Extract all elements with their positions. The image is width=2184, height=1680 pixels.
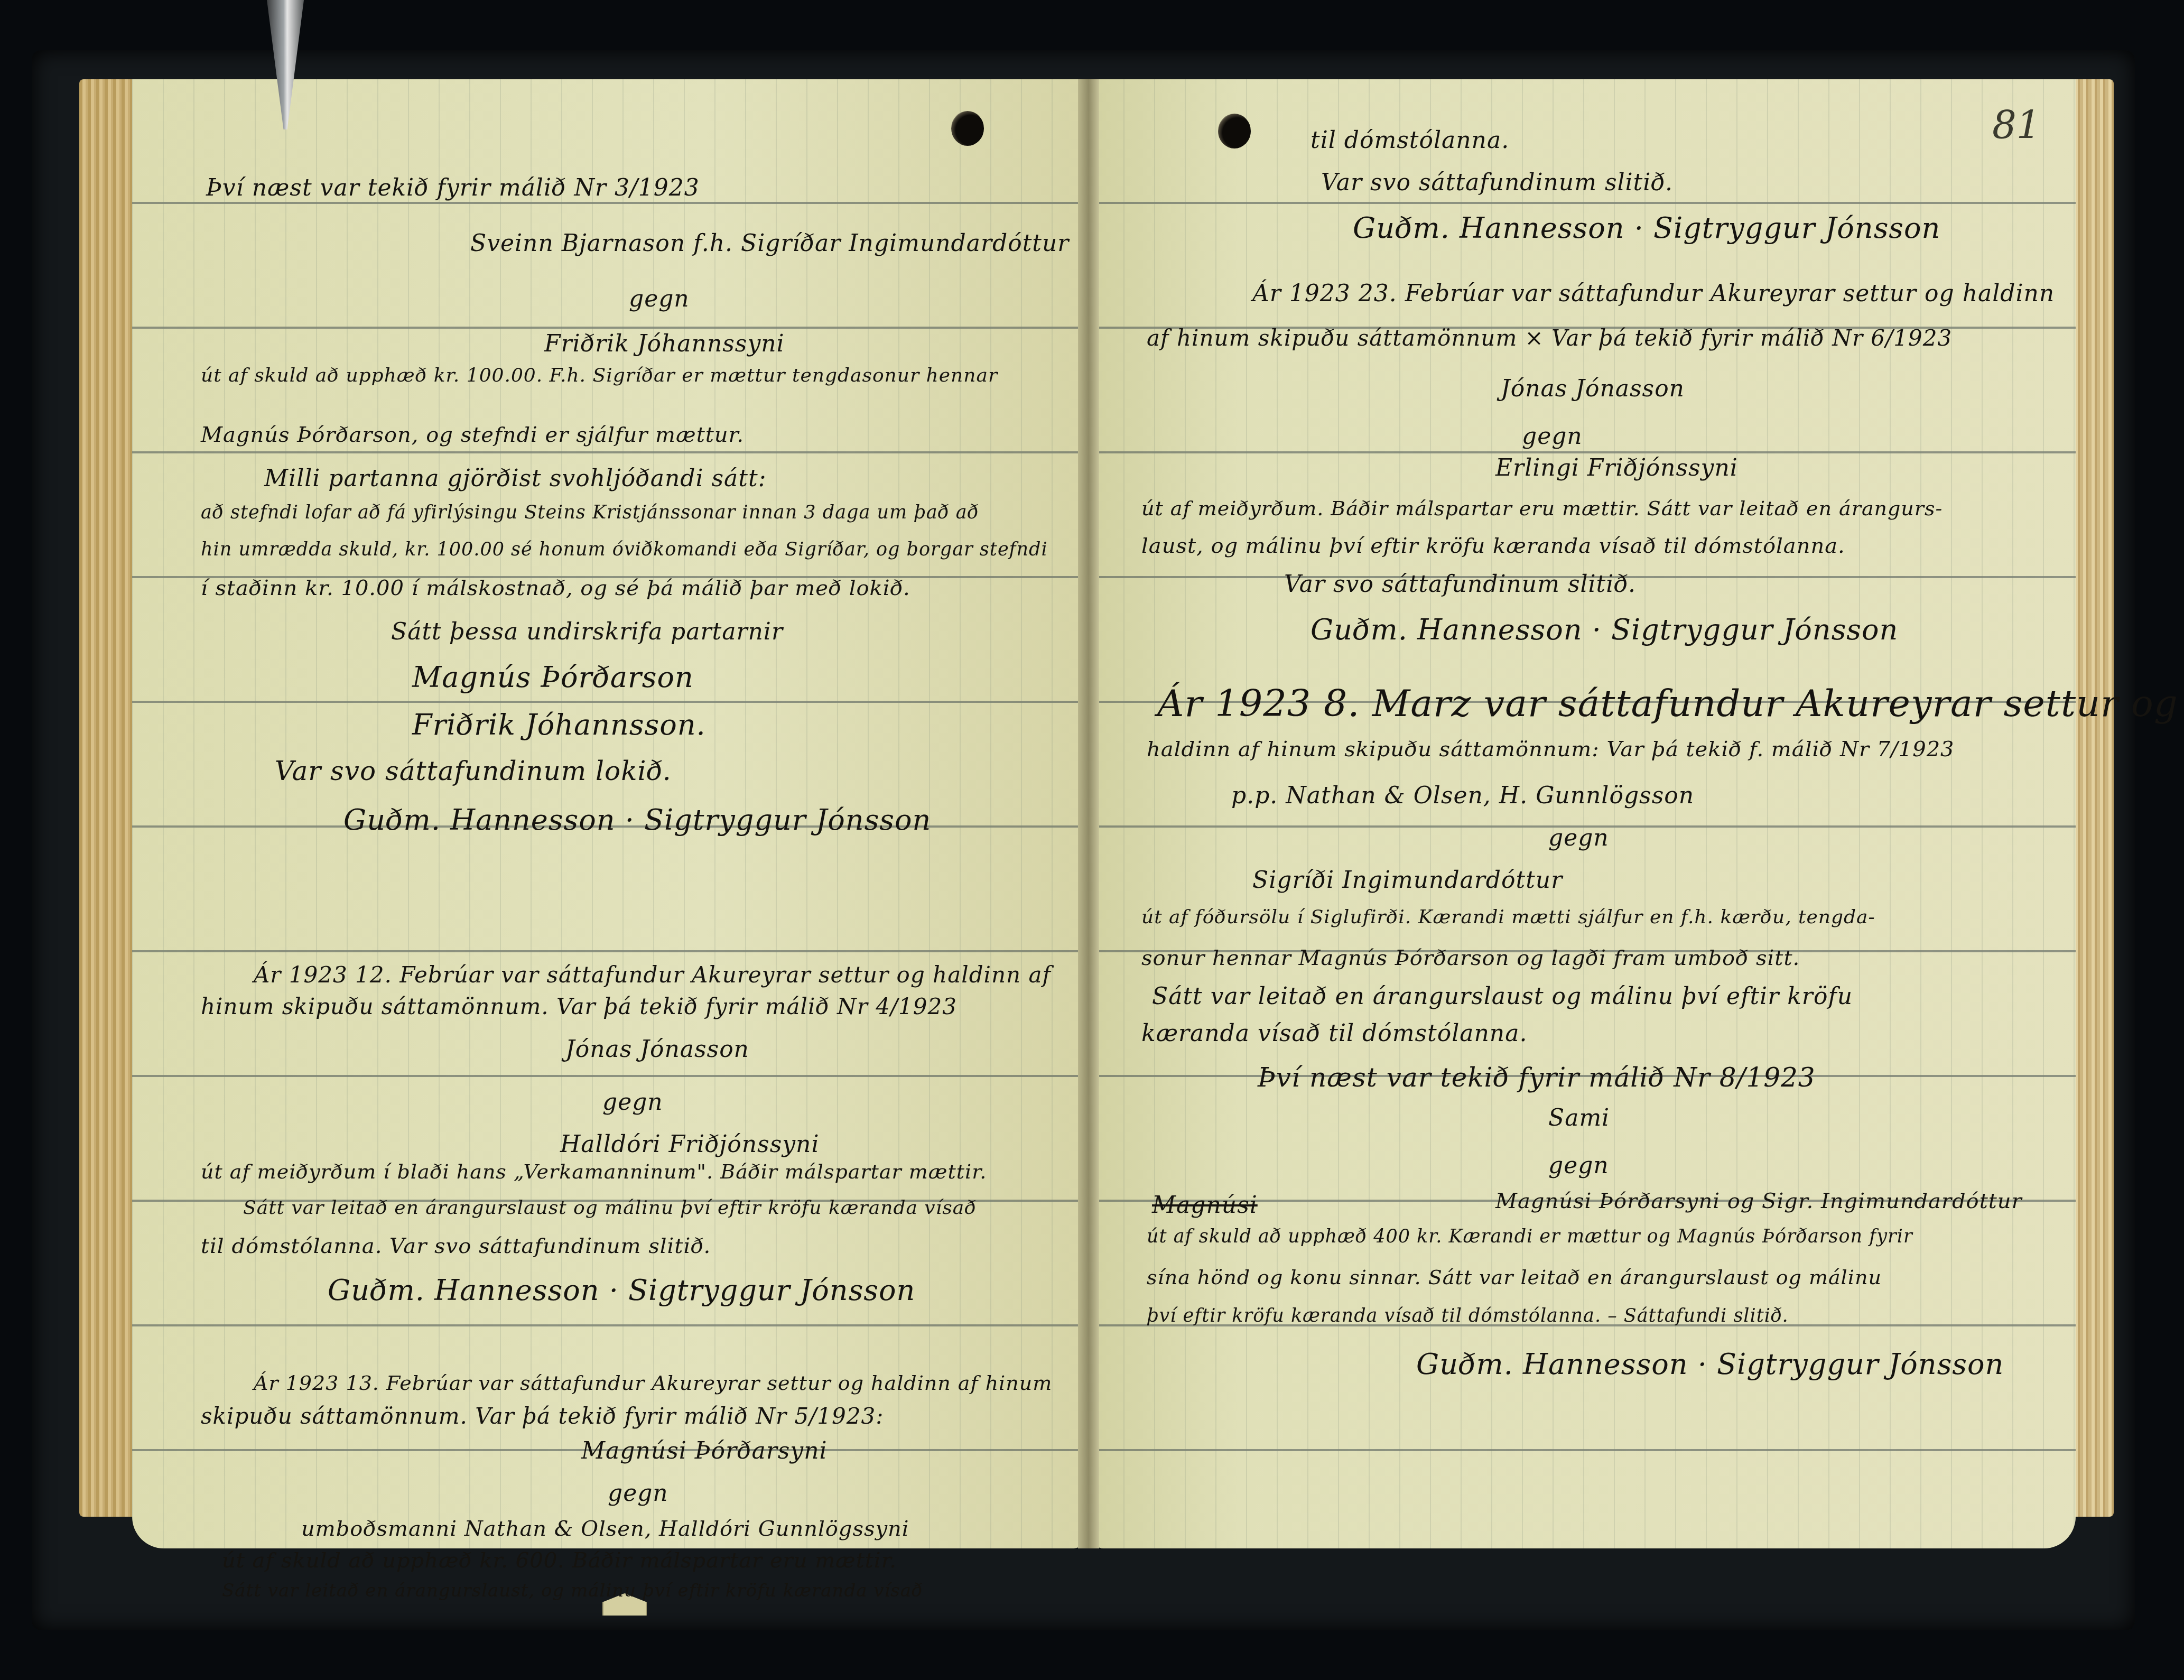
record-line: því eftir kröfu kæranda vísað til dómstó… bbox=[1147, 1305, 1789, 1326]
punch-hole-icon bbox=[1218, 114, 1251, 148]
judge-signatures: Guðm. Hannesson · Sigtryggur Jónsson bbox=[1311, 613, 1898, 646]
record-line: í staðinn kr. 10.00 í málskostnað, og sé… bbox=[201, 576, 910, 600]
party-name: Jónas Jónasson bbox=[1501, 375, 1685, 402]
record-line: að stefndi lofar að fá yfirlýsingu Stein… bbox=[201, 502, 979, 523]
record-heading: Ár 1923 12. Febrúar var sáttafundur Akur… bbox=[254, 962, 1051, 988]
party-name: Sami bbox=[1548, 1104, 1610, 1131]
judge-signatures: Guðm. Hannesson · Sigtryggur Jónsson bbox=[328, 1274, 915, 1307]
record-line: Því næst var tekið fyrir málið Nr 3/1923 bbox=[206, 174, 700, 201]
party-name: Jónas Jónasson bbox=[565, 1036, 749, 1063]
gegn-label: gegn bbox=[629, 285, 690, 312]
gegn-label: gegn bbox=[1548, 1152, 1609, 1179]
judge-signatures: Guðm. Hannesson · Sigtryggur Jónsson bbox=[343, 803, 931, 837]
record-line: út af fóðursölu í Siglufirði. Kærandi mæ… bbox=[1141, 906, 1875, 928]
record-line: laust, og málinu því eftir kröfu kæranda… bbox=[1141, 534, 1845, 558]
gegn-label: gegn bbox=[1522, 423, 1583, 450]
record-line: Magnús Þórðarson, og stefndi er sjálfur … bbox=[201, 423, 744, 447]
record-line: af hinum skipuðu sáttamönnum × Var þá te… bbox=[1147, 325, 1952, 351]
party-name: p.p. Nathan & Olsen, H. Gunnlögsson bbox=[1231, 782, 1694, 809]
record-line: kæranda vísað til dómstólanna. bbox=[1141, 1020, 1527, 1047]
signature: Friðrik Jóhannsson. bbox=[412, 708, 706, 741]
struck-word: Magnúsi bbox=[1152, 1192, 1258, 1219]
party-name: Erlingi Friðjónssyni bbox=[1495, 454, 1738, 481]
party-name: Sveinn Bjarnason f.h. Sigríðar Ingimunda… bbox=[470, 230, 1069, 257]
record-heading: Ár 1923 13. Febrúar var sáttafundur Akur… bbox=[254, 1371, 1052, 1395]
record-line: sína hönd og konu sinnar. Sátt var leita… bbox=[1147, 1266, 1882, 1289]
party-name: Friðrik Jóhannssyni bbox=[544, 330, 785, 357]
record-heading: Ár 1923 23. Febrúar var sáttafundur Akur… bbox=[1252, 280, 2055, 307]
record-line: Sátt var leitað en árangurslaust og máli… bbox=[1152, 983, 1853, 1010]
record-line: skipuðu sáttamönnum. Var þá tekið fyrir … bbox=[201, 1403, 884, 1429]
record-line: Sátt var leitað en árangurslaust, og mál… bbox=[222, 1580, 923, 1601]
record-line: út af meiðyrðum í blaði hans „Verkamanni… bbox=[201, 1160, 987, 1183]
gegn-label: gegn bbox=[602, 1089, 663, 1116]
party-name: Halldóri Friðjónssyni bbox=[560, 1131, 820, 1158]
record-line: til dómstólanna. bbox=[1311, 127, 1509, 154]
record-line: Því næst var tekið fyrir málið Nr 8/1923 bbox=[1258, 1062, 1816, 1093]
record-line: til dómstólanna. Var svo sáttafundinum s… bbox=[201, 1234, 711, 1258]
page-edges-right bbox=[2071, 79, 2114, 1517]
record-heading: Ár 1923 8. Marz var sáttafundur Akureyra… bbox=[1157, 682, 2178, 725]
record-line: Sátt þessa undirskrifa partarnir bbox=[391, 618, 783, 645]
gegn-label: gegn bbox=[608, 1480, 668, 1507]
record-line: Var svo sáttafundinum lokið. bbox=[275, 756, 672, 786]
judge-signatures: Guðm. Hannesson · Sigtryggur Jónsson bbox=[1416, 1348, 2004, 1381]
record-line: út af meiðyrðum. Báðir málspartar eru mæ… bbox=[1141, 497, 1943, 520]
punch-hole-icon bbox=[951, 111, 984, 146]
record-line: hin umrædda skuld, kr. 100.00 sé honum ó… bbox=[201, 539, 1048, 560]
page-edges-left bbox=[79, 79, 137, 1517]
record-line: Var svo sáttafundinum slitið. bbox=[1321, 169, 1673, 196]
record-line: haldinn af hinum skipuðu sáttamönnum: Va… bbox=[1147, 737, 1955, 762]
party-name: Magnúsi Þórðarsyni og Sigr. Ingimundardó… bbox=[1495, 1189, 2022, 1213]
record-line: sonur hennar Magnús Þórðarson og lagði f… bbox=[1141, 946, 1800, 970]
page-number: 81 bbox=[1992, 103, 2041, 147]
judge-signatures: Guðm. Hannesson · Sigtryggur Jónsson bbox=[1353, 211, 1940, 245]
record-line: Var svo sáttafundinum slitið. bbox=[1284, 571, 1636, 598]
record-line: út af skuld að upphæð kr. 600. Báðir mál… bbox=[222, 1548, 897, 1573]
record-line: hinum skipuðu sáttamönnum. Var þá tekið … bbox=[201, 994, 957, 1019]
book-gutter bbox=[1078, 79, 1099, 1548]
record-line: Milli partanna gjörðist svohljóðandi sát… bbox=[264, 465, 766, 492]
party-name: umboðsmanni Nathan & Olsen, Halldóri Gun… bbox=[301, 1517, 909, 1541]
record-line: út af skuld að upphæð kr. 100.00. F.h. S… bbox=[201, 365, 998, 386]
record-line: Sátt var leitað en árangurslaust og máli… bbox=[243, 1197, 977, 1219]
party-name: Magnúsi Þórðarsyni bbox=[581, 1437, 828, 1464]
party-name: Sigríði Ingimundardóttur bbox=[1252, 867, 1563, 894]
gegn-label: gegn bbox=[1548, 824, 1609, 851]
signature: Magnús Þórðarson bbox=[412, 661, 694, 694]
record-line: út af skuld að upphæð 400 kr. Kærandi er… bbox=[1147, 1226, 1913, 1247]
